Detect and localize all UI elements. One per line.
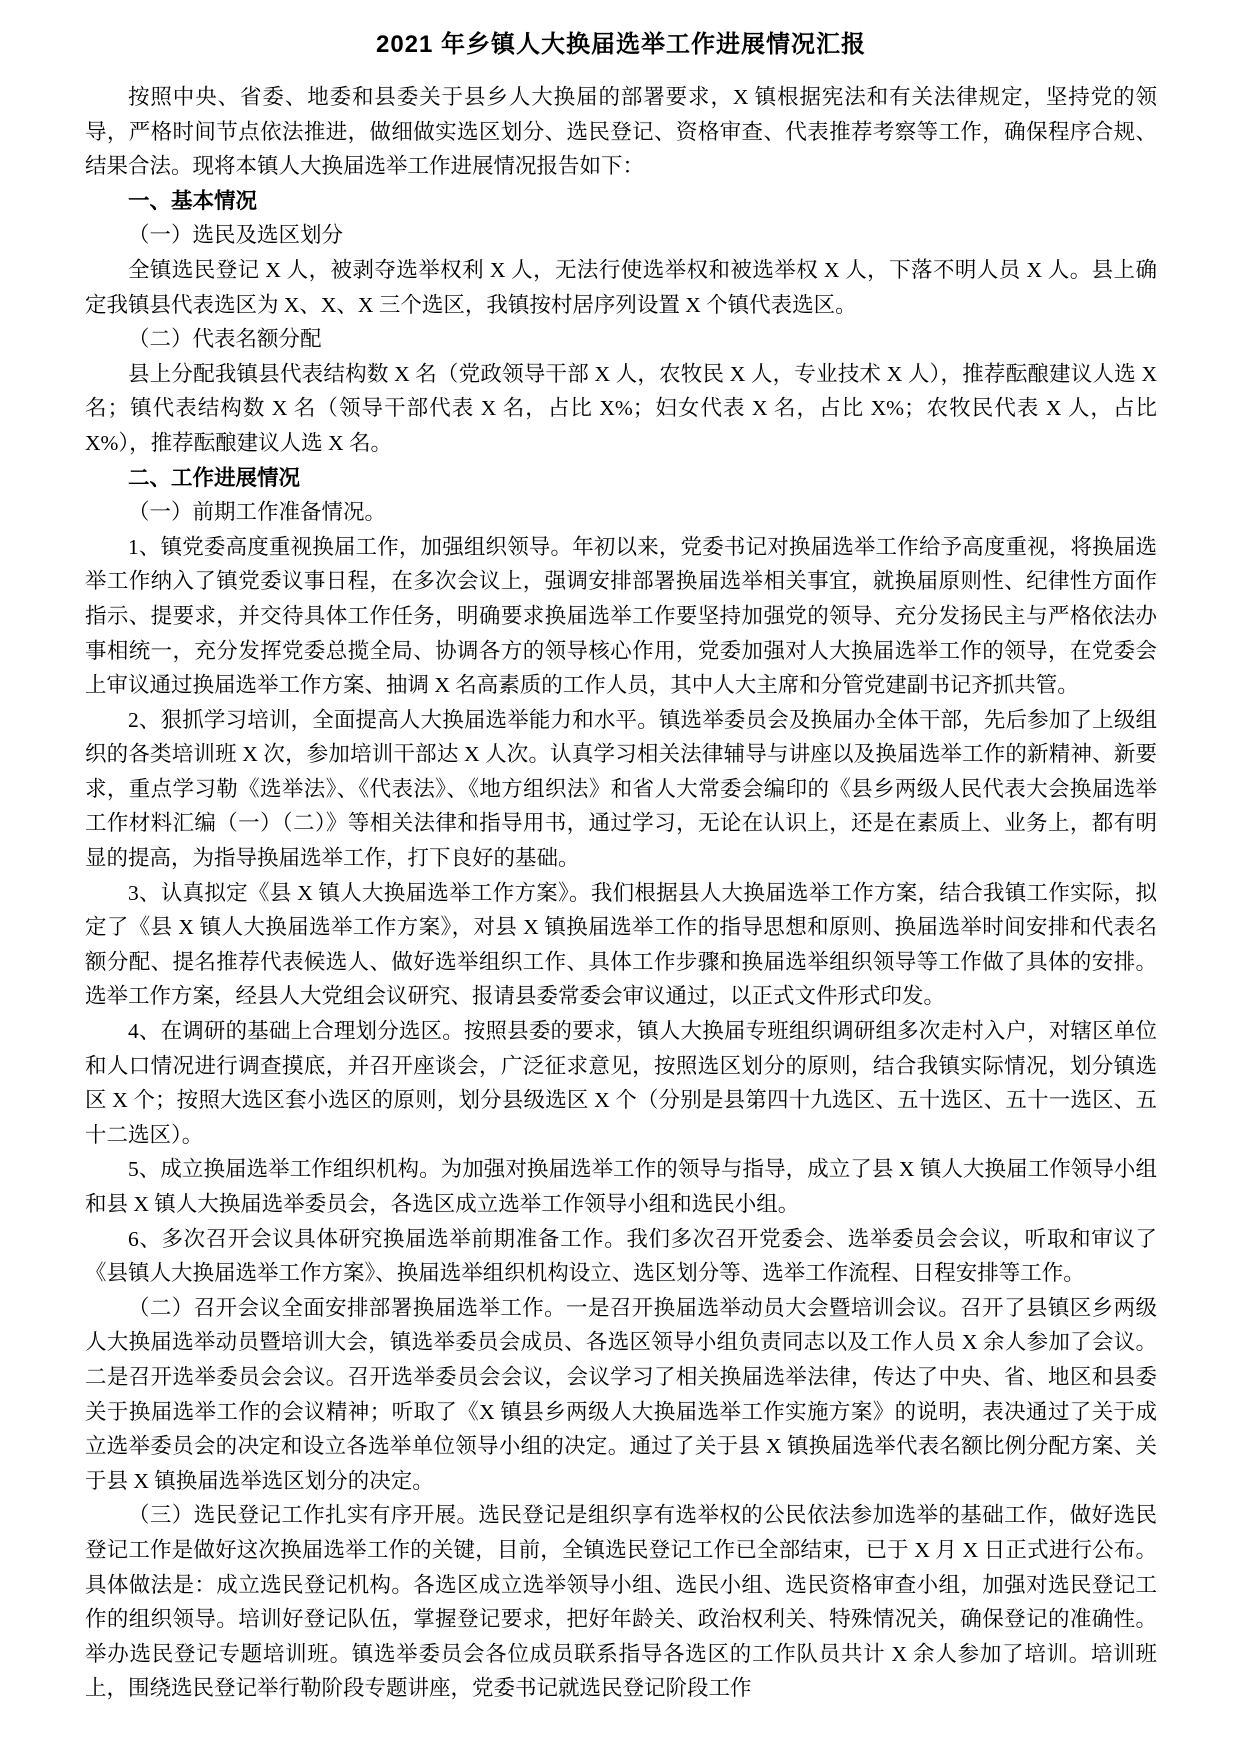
paragraph-item-1-party-committee: 1、镇党委高度重视换届工作，加强组织领导。年初以来，党委书记对换届选举工作给予高… xyxy=(85,530,1157,703)
paragraph-item-6-meetings: 6、多次召开会议具体研究换届选举前期准备工作。我们多次召开党委会、选举委员会会议… xyxy=(85,1222,1157,1291)
section-heading-basic-situation: 一、基本情况 xyxy=(85,184,1157,219)
paragraph-meeting-deployment: （二）召开会议全面安排部署换届选举工作。一是召开换届选举动员大会暨培训会议。召开… xyxy=(85,1291,1157,1499)
paragraph-voter-registration-stats: 全镇选民登记 X 人，被剥夺选举权利 X 人，无法行使选举权和被选举权 X 人，… xyxy=(85,253,1157,322)
subsection-delegate-quota: （二）代表名额分配 xyxy=(85,322,1157,357)
document-title: 2021 年乡镇人大换届选举工作进展情况汇报 xyxy=(85,28,1157,62)
document-page: 2021 年乡镇人大换届选举工作进展情况汇报 按照中央、省委、地委和县委关于县乡… xyxy=(0,0,1240,1754)
paragraph-item-3-work-plan: 3、认真拟定《县 X 镇人大换届选举工作方案》。我们根据县人大换届选举工作方案，… xyxy=(85,876,1157,1014)
paragraph-item-4-district-division: 4、在调研的基础上合理划分选区。按照县委的要求，镇人大换届专班组织调研组多次走村… xyxy=(85,1014,1157,1152)
section-heading-work-progress: 二、工作进展情况 xyxy=(85,461,1157,496)
paragraph-item-2-training: 2、狠抓学习培训，全面提高人大换届选举能力和水平。镇选举委员会及换届办全体干部，… xyxy=(85,703,1157,876)
subsection-voters-districts: （一）选民及选区划分 xyxy=(85,218,1157,253)
subsection-preparation: （一）前期工作准备情况。 xyxy=(85,495,1157,530)
intro-paragraph: 按照中央、省委、地委和县委关于县乡人大换届的部署要求，X 镇根据宪法和有关法律规… xyxy=(85,80,1157,184)
paragraph-quota-allocation: 县上分配我镇县代表结构数 X 名（党政领导干部 X 人，农牧民 X 人，专业技术… xyxy=(85,357,1157,461)
paragraph-item-5-organization: 5、成立换届选举工作组织机构。为加强对换届选举工作的领导与指导，成立了县 X 镇… xyxy=(85,1152,1157,1221)
paragraph-voter-registration-work: （三）选民登记工作扎实有序开展。选民登记是组织享有选举权的公民依法参加选举的基础… xyxy=(85,1498,1157,1706)
